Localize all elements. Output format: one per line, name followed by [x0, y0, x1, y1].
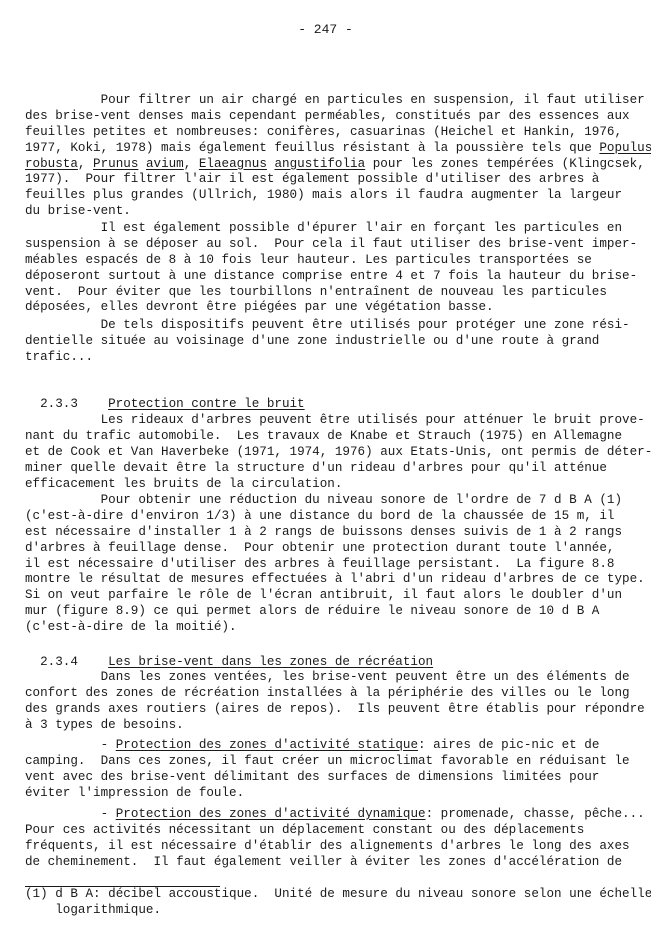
text-line: feuilles plus grandes (Ullrich, 1980) ma…: [25, 188, 625, 204]
species-name: robusta: [25, 157, 78, 171]
text-line: Il est également possible d'épurer l'air…: [25, 221, 625, 237]
text-line: dentielle située au voisinage d'une zone…: [25, 334, 625, 350]
text-line: nant du trafic automobile. Les travaux d…: [25, 429, 625, 445]
text-line: de cheminement. Il faut également veille…: [25, 855, 625, 871]
text-line: vent avec des brise-vent délimitant des …: [25, 770, 625, 786]
text-line: trafic...: [25, 350, 625, 366]
species-name: Populus: [599, 141, 651, 155]
text-line: Pour ces activités nécessitant un déplac…: [25, 823, 625, 839]
paragraph-noise-reduction: Pour obtenir une réduction du niveau son…: [25, 493, 625, 636]
section-number: 2.3.3: [40, 396, 108, 412]
text-line: 1977). Pour filtrer l'air il est égaleme…: [25, 172, 625, 188]
text-line: Si on veut parfaire le rôle de l'écran a…: [25, 588, 625, 604]
species-name: Prunus: [93, 157, 138, 171]
text-line: mur (figure 8.9) ce qui permet alors de …: [25, 604, 625, 620]
species-name: angustifolia: [274, 157, 365, 171]
text-line: (c'est-à-dire d'environ 1/3) à une dista…: [25, 509, 625, 525]
text-line: d'arbres à feuillage dense. Pour obtenir…: [25, 541, 625, 557]
text-line: des grands axes routiers (aires de repos…: [25, 702, 625, 718]
text-line: confort des zones de récréation installé…: [25, 686, 625, 702]
species-name: Elaeagnus: [199, 157, 267, 171]
footnote: (1) d B A: décibel accoustique. Unité de…: [25, 887, 625, 919]
text-line: méables espacés de 8 à 10 fois leur haut…: [25, 253, 625, 269]
text-line: miner quelle devait être la structure d'…: [25, 461, 625, 477]
list-item-static-activity: - Protection des zones d'activité statiq…: [25, 738, 625, 802]
item-label: Protection des zones d'activité dynamiqu…: [116, 807, 426, 821]
text-line: fréquents, il est nécessaire d'établir d…: [25, 839, 625, 855]
paragraph-noise-studies: Les rideaux d'arbres peuvent être utilis…: [25, 413, 625, 492]
text-line: feuilles petites et nombreuses: conifère…: [25, 125, 625, 141]
text-line: camping. Dans ces zones, il faut créer u…: [25, 754, 625, 770]
text-line: montre le résultat de mesures effectuées…: [25, 572, 625, 588]
text-line: logarithmique.: [25, 903, 625, 919]
text-line: 1977, Koki, 1978) mais également feuillu…: [25, 141, 625, 157]
text-line: déposeront surtout à une distance compri…: [25, 269, 625, 285]
text-line: (c'est-à-dire de la moitié).: [25, 620, 625, 636]
text-line: du brise-vent.: [25, 204, 625, 220]
list-item-dynamic-activity: - Protection des zones d'activité dynami…: [25, 807, 625, 871]
text-line: est nécessaire d'installer 1 à 2 rangs d…: [25, 525, 625, 541]
text-line: il est nécessaire d'utiliser des arbres …: [25, 557, 625, 573]
page-number: - 247 -: [0, 22, 651, 37]
text-line: Les rideaux d'arbres peuvent être utilis…: [25, 413, 625, 429]
text-line: déposées, elles devront être piégées par…: [25, 300, 625, 316]
text-line: Dans les zones ventées, les brise-vent p…: [25, 670, 625, 686]
item-label: Protection des zones d'activité statique: [116, 738, 418, 752]
text-line: éviter l'impression de foule.: [25, 786, 625, 802]
text-line: - Protection des zones d'activité dynami…: [25, 807, 625, 823]
species-name: avium: [146, 157, 184, 171]
text-line: efficacement les bruits de la circulatio…: [25, 477, 625, 493]
section-heading-2-3-4: 2.3.4Les brise-vent dans les zones de ré…: [25, 638, 433, 670]
paragraph-recreation: Dans les zones ventées, les brise-vent p…: [25, 670, 625, 734]
paragraph-deposition: Il est également possible d'épurer l'air…: [25, 221, 625, 316]
paragraph-devices: De tels dispositifs peuvent être utilisé…: [25, 318, 625, 366]
section-heading-2-3-3: 2.3.3Protection contre le bruit: [25, 380, 305, 412]
section-number: 2.3.4: [40, 654, 108, 670]
text-line: et de Cook et Van Haverbeke (1971, 1974,…: [25, 445, 625, 461]
text-line: - Protection des zones d'activité statiq…: [25, 738, 625, 754]
text-line: vent. Pour éviter que les tourbillons n'…: [25, 285, 625, 301]
text-line: (1) d B A: décibel accoustique. Unité de…: [25, 887, 625, 903]
text-line: Pour filtrer un air chargé en particules…: [25, 93, 625, 109]
section-title: Protection contre le bruit: [108, 397, 305, 411]
text-line: suspension à se déposer au sol. Pour cel…: [25, 237, 625, 253]
text-line: des brise-vent denses mais cependant per…: [25, 109, 625, 125]
text-line: Pour obtenir une réduction du niveau son…: [25, 493, 625, 509]
section-title: Les brise-vent dans les zones de récréat…: [108, 655, 433, 669]
paragraph-filtration: Pour filtrer un air chargé en particules…: [25, 93, 625, 220]
text-line: robusta, Prunus avium, Elaeagnus angusti…: [25, 157, 625, 173]
text-line: à 3 types de besoins.: [25, 718, 625, 734]
text-line: De tels dispositifs peuvent être utilisé…: [25, 318, 625, 334]
